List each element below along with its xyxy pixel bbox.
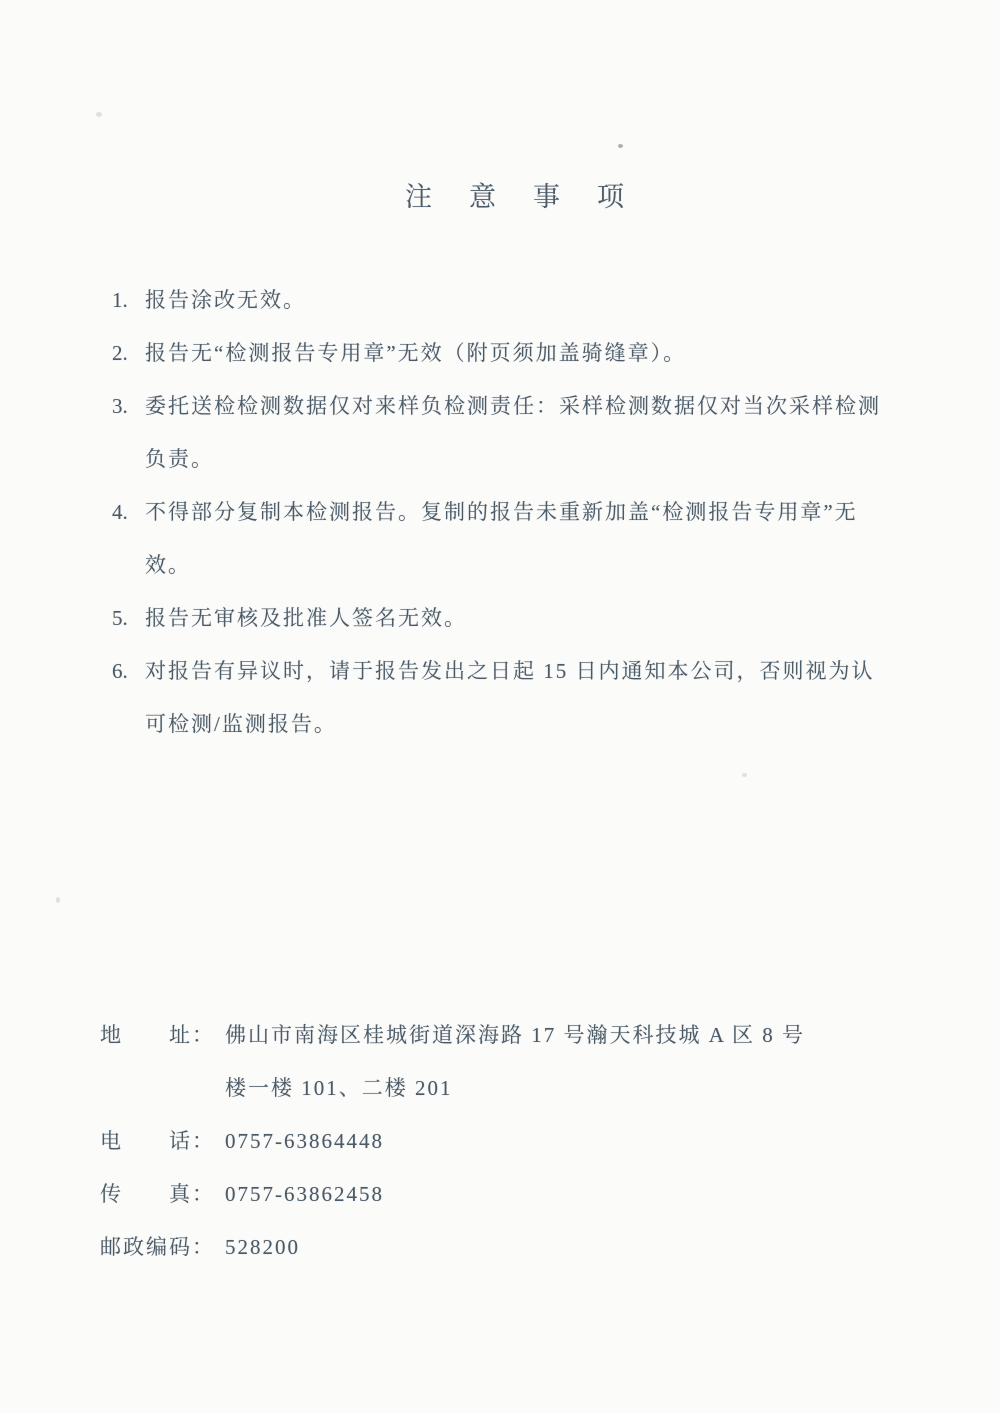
notice-item: 5. 报告无审核及批准人签名无效。	[112, 592, 932, 645]
notice-item: 4. 不得部分复制本检测报告。复制的报告未重新加盖“检测报告专用章”无 效。	[112, 486, 932, 592]
fax-value: 0757-63862458	[225, 1168, 805, 1221]
notice-line: 委托送检检测数据仅对来样负检测责任：采样检测数据仅对当次采样检测	[145, 380, 932, 433]
notice-line: 报告涂改无效。	[145, 274, 932, 327]
notice-item: 6. 对报告有异议时，请于报告发出之日起 15 日内通知本公司，否则视为认 可检…	[112, 645, 932, 751]
notice-text: 对报告有异议时，请于报告发出之日起 15 日内通知本公司，否则视为认 可检测/监…	[145, 645, 932, 751]
phone-value: 0757-63864448	[225, 1115, 805, 1168]
contact-row-fax: 传 真： 0757-63862458	[100, 1168, 805, 1221]
notice-text: 报告涂改无效。	[145, 274, 932, 327]
notice-number: 1.	[112, 274, 145, 327]
notice-line: 效。	[145, 539, 932, 592]
phone-number: 0757-63864448	[225, 1115, 805, 1168]
scan-speck	[56, 897, 60, 903]
postal-code: 528200	[225, 1221, 805, 1274]
notice-line: 负责。	[145, 433, 932, 486]
notice-text: 委托送检检测数据仅对来样负检测责任：采样检测数据仅对当次采样检测 负责。	[145, 380, 932, 486]
page-title: 注意事项	[405, 180, 661, 214]
notice-line: 报告无“检测报告专用章”无效（附页须加盖骑缝章）。	[145, 327, 932, 380]
address-label: 地 址：	[100, 1009, 215, 1062]
report-notice-page: 注意事项 1. 报告涂改无效。 2. 报告无“检测报告专用章”无效（附页须加盖骑…	[0, 0, 1000, 1413]
notice-item: 2. 报告无“检测报告专用章”无效（附页须加盖骑缝章）。	[112, 327, 932, 380]
notice-line: 对报告有异议时，请于报告发出之日起 15 日内通知本公司，否则视为认	[145, 645, 932, 698]
postal-label: 邮政编码：	[100, 1221, 215, 1274]
fax-number: 0757-63862458	[225, 1168, 805, 1221]
fax-label: 传 真：	[100, 1168, 215, 1221]
notice-item: 3. 委托送检检测数据仅对来样负检测责任：采样检测数据仅对当次采样检测 负责。	[112, 380, 932, 486]
notice-item: 1. 报告涂改无效。	[112, 274, 932, 327]
contact-row-phone: 电 话： 0757-63864448	[100, 1115, 805, 1168]
contact-block: 地 址： 佛山市南海区桂城街道深海路 17 号瀚天科技城 A 区 8 号 楼一楼…	[100, 1009, 805, 1274]
scan-speck	[618, 144, 623, 148]
notice-line: 可检测/监测报告。	[145, 698, 932, 751]
notice-number: 4.	[112, 486, 145, 539]
notice-number: 6.	[112, 645, 145, 698]
address-value: 佛山市南海区桂城街道深海路 17 号瀚天科技城 A 区 8 号 楼一楼 101、…	[225, 1009, 805, 1115]
address-line: 佛山市南海区桂城街道深海路 17 号瀚天科技城 A 区 8 号	[225, 1009, 805, 1062]
scan-speck	[742, 773, 747, 777]
postal-value: 528200	[225, 1221, 805, 1274]
notice-line: 报告无审核及批准人签名无效。	[145, 592, 932, 645]
phone-label: 电 话：	[100, 1115, 215, 1168]
notice-text: 不得部分复制本检测报告。复制的报告未重新加盖“检测报告专用章”无 效。	[145, 486, 932, 592]
notice-line: 不得部分复制本检测报告。复制的报告未重新加盖“检测报告专用章”无	[145, 486, 932, 539]
contact-row-address: 地 址： 佛山市南海区桂城街道深海路 17 号瀚天科技城 A 区 8 号 楼一楼…	[100, 1009, 805, 1115]
contact-row-postal: 邮政编码： 528200	[100, 1221, 805, 1274]
address-line: 楼一楼 101、二楼 201	[225, 1062, 805, 1115]
notice-list: 1. 报告涂改无效。 2. 报告无“检测报告专用章”无效（附页须加盖骑缝章）。 …	[112, 274, 932, 751]
scan-speck	[96, 112, 102, 117]
notice-text: 报告无审核及批准人签名无效。	[145, 592, 932, 645]
notice-number: 2.	[112, 327, 145, 380]
notice-number: 3.	[112, 380, 145, 433]
notice-number: 5.	[112, 592, 145, 645]
notice-text: 报告无“检测报告专用章”无效（附页须加盖骑缝章）。	[145, 327, 932, 380]
